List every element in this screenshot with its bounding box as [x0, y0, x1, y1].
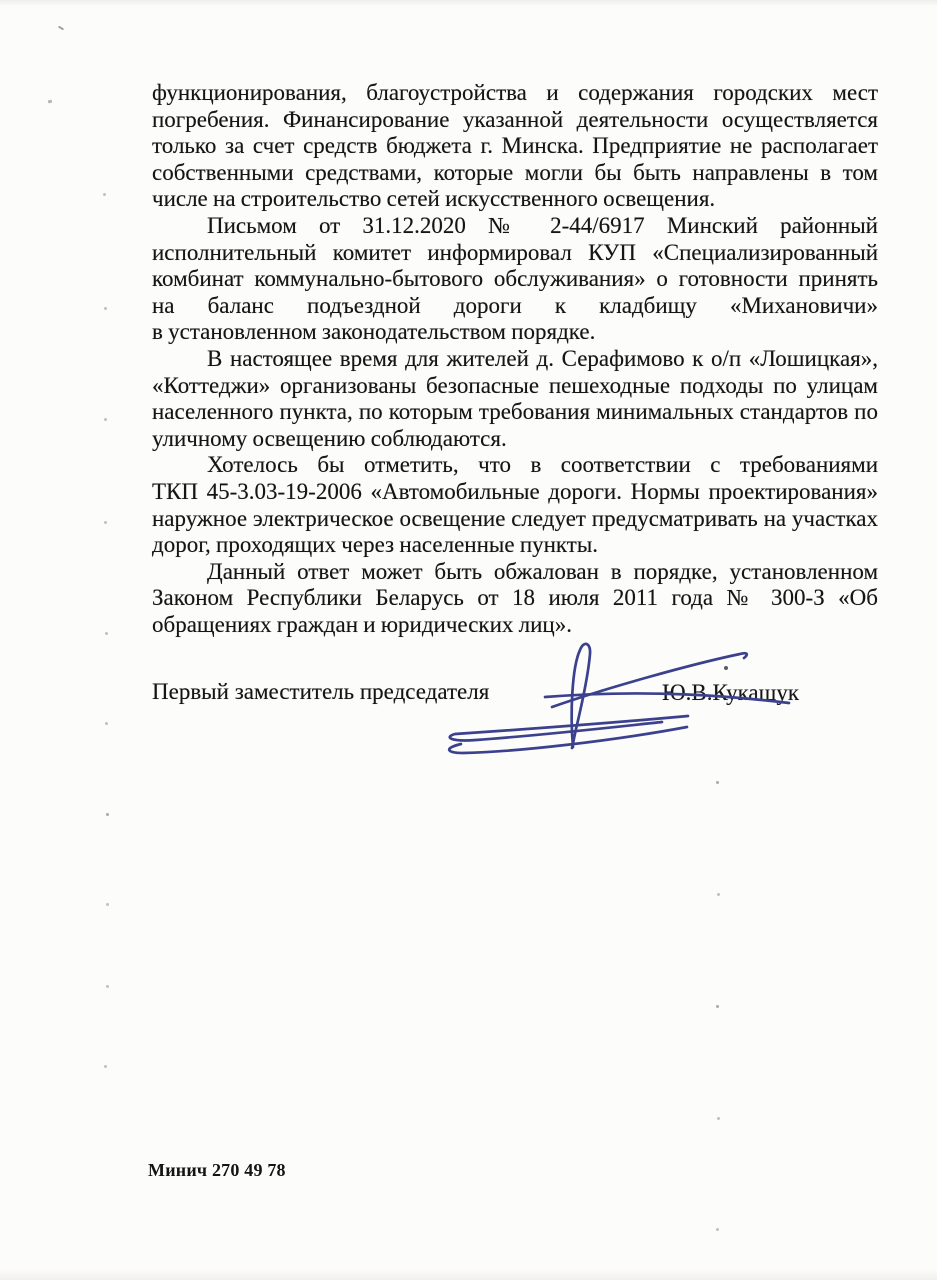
text-line: комбинат коммунально-бытового обслуживан…	[152, 266, 878, 293]
scan-speckle	[104, 418, 107, 421]
signatory-name: Ю.В.Кукашук	[662, 680, 799, 706]
text-line: только за счет средств бюджета г. Минска…	[152, 133, 878, 160]
scan-speckle	[105, 722, 108, 725]
text-line: обращениях граждан и юридических лиц».	[152, 612, 878, 639]
scan-edge-artifact-top	[0, 0, 937, 6]
scan-edge-artifact-bottom	[0, 1268, 937, 1280]
scan-speckle	[105, 632, 108, 635]
scan-speckle	[103, 193, 106, 196]
scan-speckle	[716, 781, 719, 784]
scan-speckle	[717, 893, 720, 896]
text-line: В настоящее время для жителей д. Серафим…	[152, 346, 878, 373]
text-line: дорог, проходящих через населенные пункт…	[152, 532, 878, 559]
scan-speckle	[104, 521, 107, 524]
scan-speckle	[106, 903, 109, 906]
text-line: уличному освещению соблюдаются.	[152, 426, 878, 453]
text-line: погребения. Финансирование указанной дея…	[152, 107, 878, 134]
text-line: Письмом от 31.12.2020 № 2-44/6917 Мински…	[152, 213, 878, 240]
scan-speckle	[104, 1065, 107, 1068]
scan-mark	[58, 26, 64, 31]
text-line: числе на строительство сетей искусственн…	[152, 186, 878, 213]
ink-speck	[724, 666, 728, 670]
text-line: на баланс подъездной дороги к кладбищу «…	[152, 293, 878, 320]
signatory-role-label: Первый заместитель председателя	[152, 679, 489, 705]
scan-speckle	[716, 1005, 719, 1008]
executor-contact-note: Минич 270 49 78	[148, 1160, 286, 1181]
document-page: функционирования, благоустройства и соде…	[0, 0, 937, 1280]
text-line: Хотелось бы отметить, что в соответствии…	[152, 452, 878, 479]
text-line: собственными средствами, которые могли б…	[152, 160, 878, 187]
text-line: в установленном законодательством порядк…	[152, 319, 878, 346]
text-line: наружное электрическое освещение следует…	[152, 506, 878, 533]
text-line: исполнительный комитет информировал КУП …	[152, 240, 878, 267]
scan-speckle	[717, 1117, 720, 1120]
text-line: «Коттеджи» организованы безопасные пешех…	[152, 373, 878, 400]
scan-speckle	[716, 1228, 719, 1231]
text-line: ТКП 45-3.03-19-2006 «Автомобильные дорог…	[152, 479, 878, 506]
text-line: населенного пункта, по которым требовани…	[152, 399, 878, 426]
scan-speckle	[104, 307, 107, 310]
scan-mark	[48, 100, 53, 104]
text-line: Данный ответ может быть обжалован в поря…	[152, 559, 878, 586]
letter-body-text: функционирования, благоустройства и соде…	[152, 80, 878, 638]
scan-speckle	[106, 985, 109, 988]
text-line: функционирования, благоустройства и соде…	[152, 80, 878, 107]
scan-speckle	[106, 813, 109, 816]
text-line: Законом Республики Беларусь от 18 июля 2…	[152, 585, 878, 612]
